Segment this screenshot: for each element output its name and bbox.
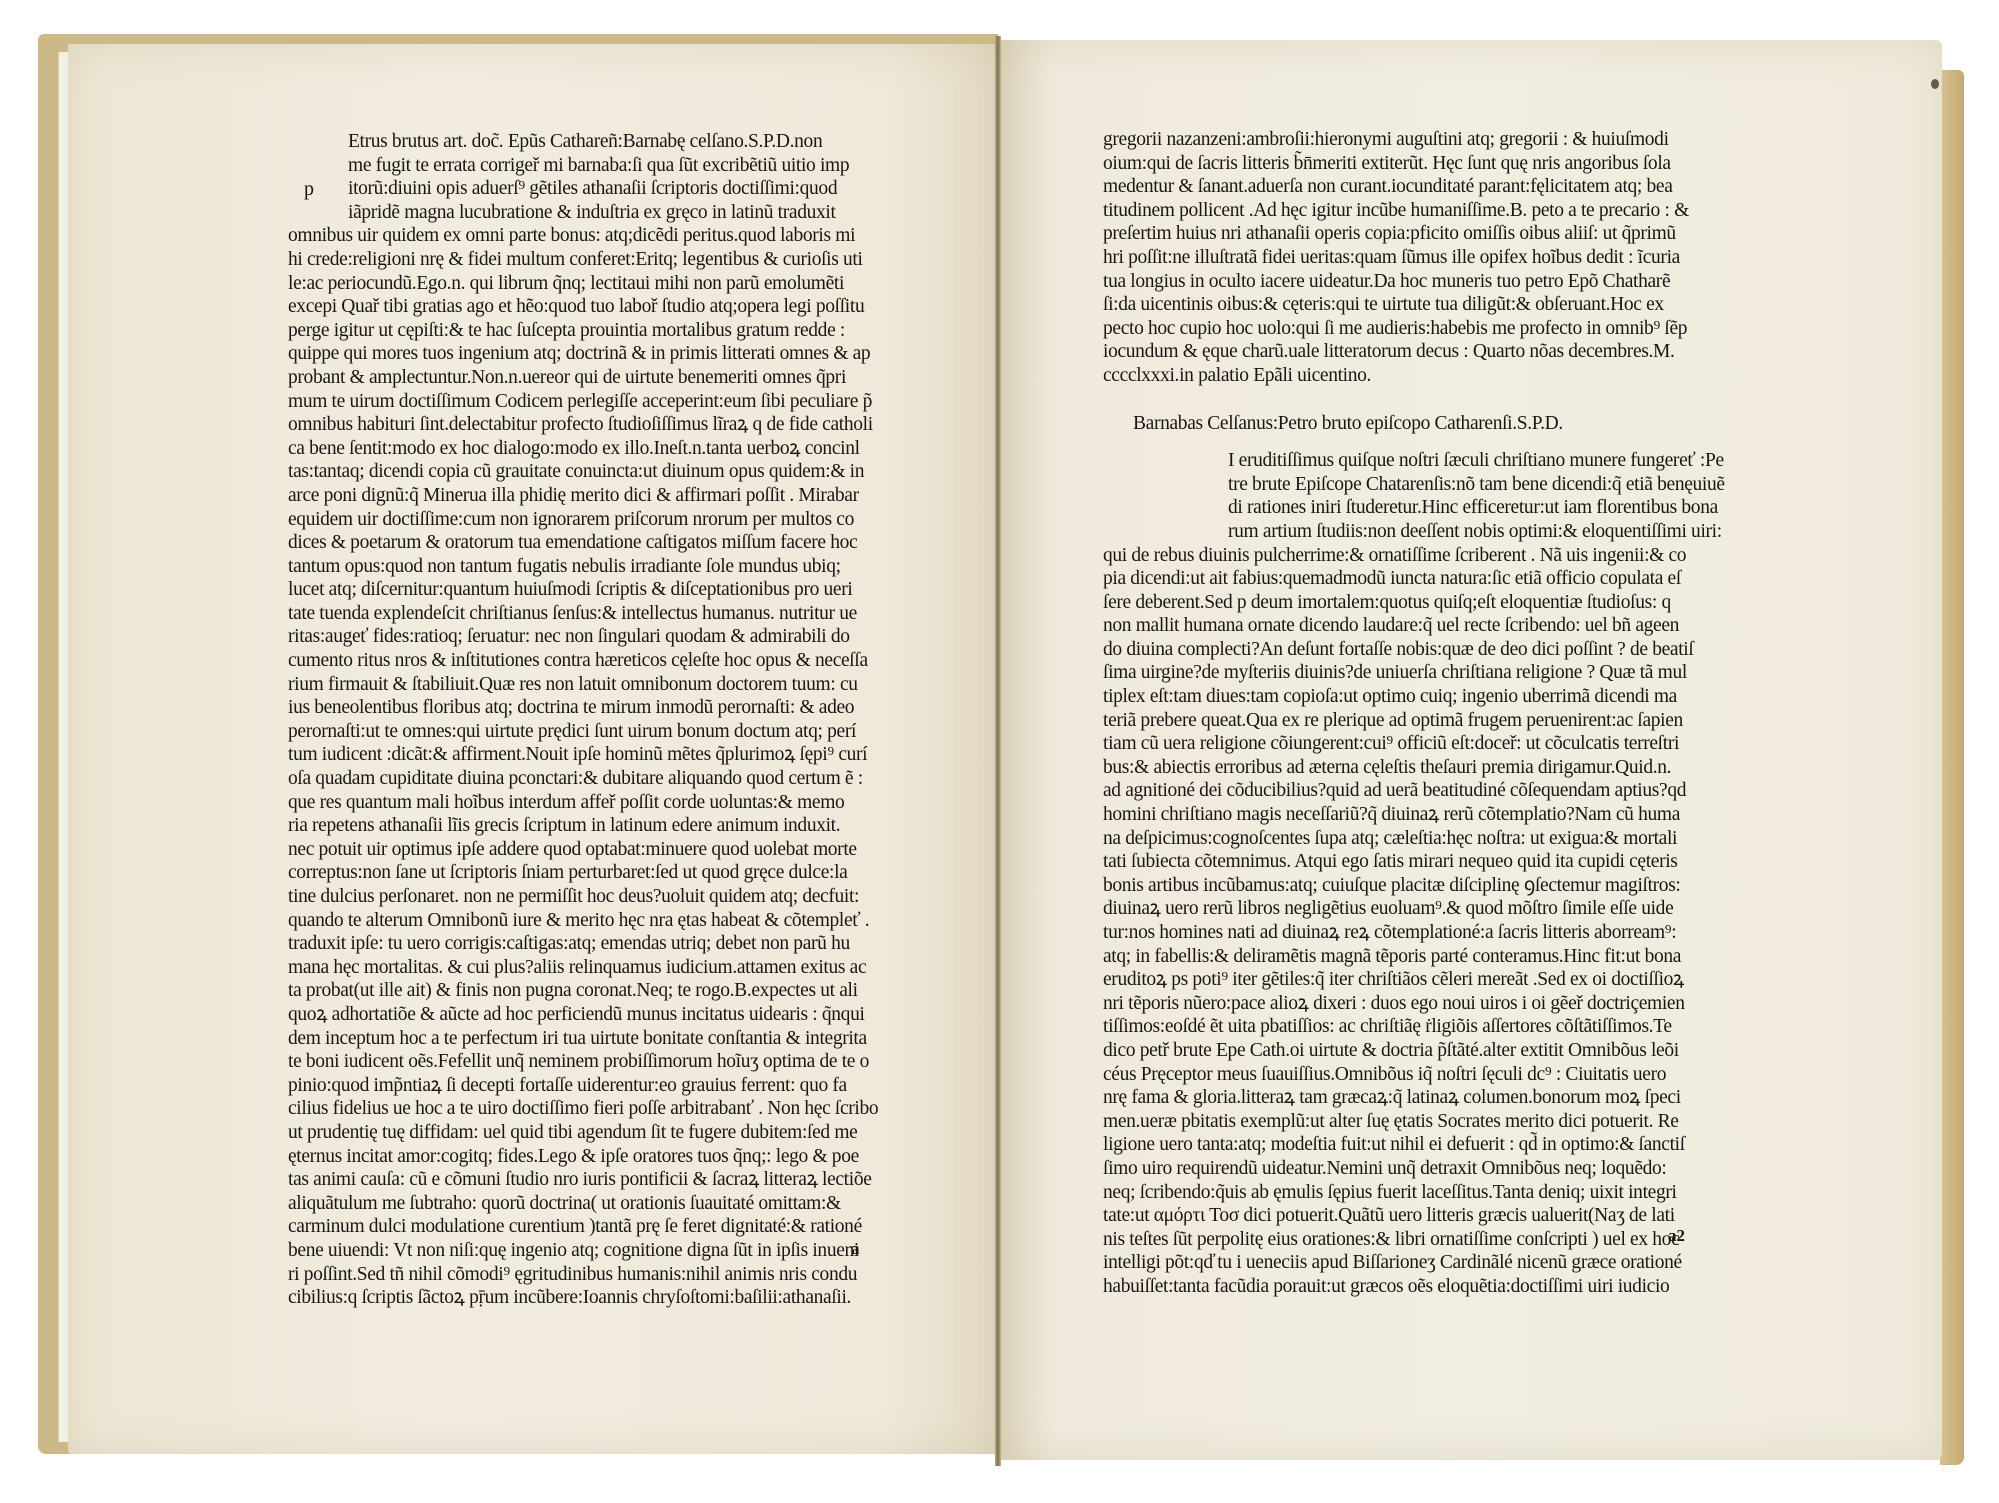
text-line: do diuina complecti?An deſunt fortaſſe n… (1103, 638, 1703, 662)
text-line: tre brute Epiſcope Chatarenſis:nõ tam be… (1103, 473, 1703, 497)
text-line: ligione uero tanta:atq; modeſtia fuit:ut… (1103, 1133, 1703, 1157)
text-line: ſere deberent.Sed p deum imortalem:quotu… (1103, 591, 1703, 615)
text-line: oſa quadam cupiditate diuina pconctari:&… (288, 767, 878, 791)
text-line: di rationes iniri ſtuderetur.Hinc effice… (1103, 496, 1703, 520)
text-line: le:ac periocundũ.Ego.n. qui librum q̃nq;… (288, 272, 878, 296)
text-line: itorũ:diuini opis aduerſ⁹ gẽtiles athana… (288, 177, 878, 201)
text-line: quoꝝ adhortatiõe & aũcte ad hoc perficie… (288, 1003, 878, 1027)
text-line: cccclxxxi.in palatio Epãli uicentino. (1103, 364, 1703, 388)
text-line: non mallit humana ornate dicendo laudare… (1103, 614, 1703, 638)
text-line: pia dicendi:ut ait fabius:quemadmodũ iun… (1103, 567, 1703, 591)
text-line: atq; in fabellis:& deliramẽtis magnã tẽp… (1103, 945, 1703, 969)
text-line: correptus:non ſane ut ſcriptoris ſniam p… (288, 861, 878, 885)
text-line: pecto hoc cupio hoc uolo:qui ſi me audie… (1103, 317, 1703, 341)
text-line: teriã prebere queat.Qua ex re plerique a… (1103, 709, 1703, 733)
text-line: perornaſti:ut te omnes:qui uirtute prędi… (288, 720, 878, 744)
text-line: habuiſſet:tanta facũdia porauit:ut græco… (1103, 1275, 1703, 1299)
text-line: equidem uir doctiſſime:cum non ignorarem… (288, 508, 878, 532)
text-line: ritas:augeť fides:ratioq; ſeruatur: nec … (288, 625, 878, 649)
text-line: cumento ritus nros & inſtitutiones contr… (288, 649, 878, 673)
text-line: ria repetens athanaſii lĩis grecis ſcrip… (288, 814, 878, 838)
text-line: homini chriſtiano magis neceſſariũ?q̃ di… (1103, 803, 1703, 827)
text-line: qui de rebus diuinis pulcherrime:& ornat… (1103, 544, 1703, 568)
text-line: Etrus brutus art. doc̃. Epũs Cathareñ:Ba… (288, 130, 878, 154)
text-line: mana hęc mortalitas. & cui plus?aliis re… (288, 956, 878, 980)
text-line: ſi:da uicentinis oibus:& cęteris:qui te … (1103, 293, 1703, 317)
text-line: na deſpicimus:cognoſcentes ſupa atq; cæl… (1103, 827, 1703, 851)
text-line: rium firmauit & ſtabiliuit.Quæ res non l… (288, 673, 878, 697)
text-line: tate:ut αμόρτι Τοσ dici potuerit.Quãtũ u… (1103, 1204, 1703, 1228)
text-line: men.ueræ pbitatis exemplũ:ut alter ſuę ę… (1103, 1110, 1703, 1134)
text-line: dem inceptum hoc a te perfectum iri tua … (288, 1027, 878, 1051)
book-cover-right (1940, 70, 1964, 1465)
text-line: quippe qui mores tuos ingenium atq; doct… (288, 342, 878, 366)
text-line: cilius fidelius ue hoc a te uiro doctiſſ… (288, 1097, 878, 1121)
text-line: medentur & ſanant.aduerſa non curant.ioc… (1103, 175, 1703, 199)
letter-ending-block: gregorii nazanzeni:ambroſii:hieronymi au… (1103, 128, 1703, 388)
text-line: intelligi põt:qd̕ tu i ueneciis apud Biſ… (1103, 1251, 1703, 1275)
text-line: bene uiuendi: Vt non niſi:quę ingenio at… (288, 1239, 878, 1263)
right-page-text-block: gregorii nazanzeni:ambroſii:hieronymi au… (1103, 128, 1703, 1299)
text-line: gregorii nazanzeni:ambroſii:hieronymi au… (1103, 128, 1703, 152)
text-line: diuinaꝝ uero rerũ libros negligẽtius euo… (1103, 897, 1703, 921)
text-line: omnibus habituri ſint.delectabitur profe… (288, 413, 878, 437)
text-line: dices & poetarum & oratorum tua emendati… (288, 531, 878, 555)
text-line: tiſſimos:eoſdé ẽt uita pbatiſſios: ac ch… (1103, 1015, 1703, 1039)
text-line: mum te uirum doctiſſimum Codicem perlegi… (288, 390, 878, 414)
text-line: tas:tantaq; dicendi copia cũ grauitate c… (288, 460, 878, 484)
text-line: nec potuit uir optimus ipſe addere quod … (288, 838, 878, 862)
text-line: lucet atq; diſcernitur:quantum huiuſmodi… (288, 578, 878, 602)
text-line: nri tẽporis nũero:pace alioꝝ dixeri : du… (1103, 992, 1703, 1016)
text-line: carminum dulci modulatione curentium )ta… (288, 1215, 878, 1239)
text-line: ęternus incitat amor:cogitq; fides.Lego … (288, 1145, 878, 1169)
text-line: perge igitur ut cępiſti:& te hac ſuſcept… (288, 319, 878, 343)
text-line: ri poſſint.Sed tñ nihil cõmodi⁹ ęgritudi… (288, 1263, 878, 1287)
text-line: tur:nos homines nati ad diuinaꝝ reꝝ cõte… (1103, 921, 1703, 945)
text-line: tati ſubiecta cõtemnimus. Atqui ego ſati… (1103, 850, 1703, 874)
text-line: iãpridẽ magna lucubratione & induſtria e… (288, 201, 878, 225)
text-line: ut prudentię tuę diffidam: uel quid tibi… (288, 1121, 878, 1145)
text-line: ta probat(ut ille ait) & finis non pugna… (288, 979, 878, 1003)
text-line: nrę fama & gloria.litteraꝝ tam græcaꝝ:q̃… (1103, 1086, 1703, 1110)
text-line: I eruditiſſimus quiſque noſtri ſæculi ch… (1103, 449, 1703, 473)
text-line: eruditoꝝ ps poti⁹ iter gẽtiles:q̃ iter c… (1103, 968, 1703, 992)
text-line: nis teſtes ſũt perpolitę eius orationes:… (1103, 1228, 1703, 1252)
text-line: neq; ſcribendo:q̃uis ab ęmulis ſępius fu… (1103, 1181, 1703, 1205)
text-line: ca bene ſentit:modo ex hoc dialogo:modo … (288, 437, 878, 461)
text-line: arce poni dignũ:q̃ Minerua illa phidię m… (288, 484, 878, 508)
text-line: omnibus uir quidem ex omni parte bonus: … (288, 224, 878, 248)
text-line: probant & amplectuntur.Non.n.uereor qui … (288, 366, 878, 390)
text-line: tiplex eſt:tam diues:tam copioſa:ut opti… (1103, 685, 1703, 709)
text-line: ſima uirgine?de myſteriis diuinis?de uni… (1103, 661, 1703, 685)
text-line: rum artium ſtudiis:non deeſſent nobis op… (1103, 520, 1703, 544)
text-line: bonis artibus incũbamus:atq; cuiuſque pl… (1103, 874, 1703, 898)
text-line: tine dulcius perſonaret. non ne permiſſi… (288, 885, 878, 909)
text-line: te boni iudicent oẽs.Fefellit unq̃ nemin… (288, 1050, 878, 1074)
text-line: preſertim huius nri athanaſii operis cop… (1103, 222, 1703, 246)
letter-body-block: I eruditiſſimus quiſque noſtri ſæculi ch… (1103, 449, 1703, 1298)
text-line: tua longius in oculto iacere uideatur.Da… (1103, 270, 1703, 294)
text-line: dico petř brute Epe Cath.oi uirtute & do… (1103, 1039, 1703, 1063)
text-line: ius beneolentibus floribus atq; doctrina… (288, 696, 878, 720)
text-line: pinio:quod imp̃ntiaꝝ ſi decepti fortaſſe… (288, 1074, 878, 1098)
text-line: iocundum & ęque charũ.uale litteratorum … (1103, 340, 1703, 364)
text-line: titudinem pollicent .Ad hęc igitur incũb… (1103, 199, 1703, 223)
text-line: hi crede:religioni nrę & fidei multum co… (288, 248, 878, 272)
text-line: que res quantum mali hoĩbus interdum aff… (288, 791, 878, 815)
text-line: excepi Quař tibi gratias ago et hẽo:quod… (288, 295, 878, 319)
text-line: aliquãtulum me ſubtraho: quorũ doctrina(… (288, 1192, 878, 1216)
left-page-text-block: Etrus brutus art. doc̃. Epũs Cathareñ:Ba… (288, 130, 878, 1310)
text-line: tum iudicent :dicãt:& affirment.Nouit ip… (288, 743, 878, 767)
text-line: ſimo uiro requirendũ uideatur.Nemini unq… (1103, 1157, 1703, 1181)
text-line: céus Pręceptor meus ſuauiſſius.Omnibõus … (1103, 1063, 1703, 1087)
text-line: tantum opus:quod non tantum fugatis nebu… (288, 555, 878, 579)
signature-mark-right: a2 (1668, 1226, 1685, 1246)
text-line: hri poſſit:ne illuſtratã fidei ueritas:q… (1103, 246, 1703, 270)
book-gutter (995, 36, 1001, 1466)
text-line: traduxit ipſe: tu uero corrigis:caſtigas… (288, 932, 878, 956)
text-line: quando te alterum Omnibonũ iure & merito… (288, 909, 878, 933)
text-line: bus:& abiectis erroribus ad æterna cęleſ… (1103, 756, 1703, 780)
text-line: cibilius:q ſcriptis ſãctoꝝ pṝum incũbere… (288, 1286, 878, 1310)
signature-mark-left: a (851, 1239, 860, 1259)
text-line: tate tuenda explendeſcit chriſtianus ſen… (288, 602, 878, 626)
text-line: me fugit te errata corrigeř mi barnaba:ſ… (288, 154, 878, 178)
letter-heading: Barnabas Celſanus:Petro bruto epiſcopo C… (1103, 412, 1703, 436)
text-line: tas animi cauſa: cũ e cõmuni ſtudio nro … (288, 1168, 878, 1192)
text-line: tiam cũ uera religione cõiungerent:cui⁹ … (1103, 732, 1703, 756)
wormhole-mark (1931, 79, 1939, 89)
text-line: oium:qui de ſacris litteris b̃n̄meriti e… (1103, 152, 1703, 176)
text-line: ad agnitioné dei cõducibilius?quid ad ue… (1103, 779, 1703, 803)
